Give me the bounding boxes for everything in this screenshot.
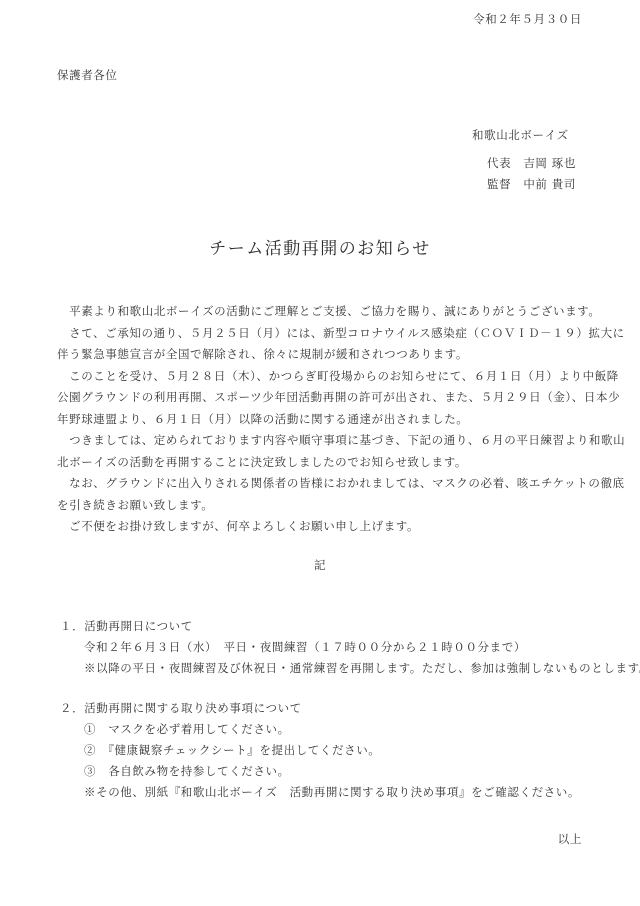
body-line: を引き続きお願い致します。 — [57, 498, 213, 512]
signatory-role: 代表 — [487, 156, 511, 170]
body-line: 平素より和歌山北ボーイズの活動にご理解とご支援、ご協力を賜り、誠にありがとうござ… — [57, 304, 600, 318]
item-line: 令和２年６月３日（水） 平日・夜間練習（１７時００分から２１時００分まで） — [84, 640, 526, 654]
item-line: ※その他、別紙『和歌山北ボーイズ 活動再開に関する取り決め事項』をご確認ください… — [84, 785, 580, 799]
body-line: 北ボーイズの活動を再開することに決定致しましたのでお知らせ致します。 — [57, 455, 467, 469]
item-line: ③ 各自飲み物を持参してください。 — [84, 764, 290, 778]
body-line: つきましては、定められております内容や順守事項に基づき、下記の通り、６月の平日練… — [57, 433, 625, 447]
item-line: ② 『健康観察チェックシート』を提出してください。 — [84, 743, 380, 757]
body-line: なお、グラウンドに出入りされる関係者の皆様におかれましては、マスクの必着、咳エチ… — [57, 476, 625, 490]
organization-name: 和歌山北ボーイズ — [472, 128, 569, 142]
ki-marker: 記 — [0, 558, 640, 572]
signatory-manager: 監督 中前 貴司 — [487, 177, 576, 191]
closing-mark: 以上 — [558, 832, 582, 846]
body-line: さて、ご承知の通り、５月２５日（月）には、新型コロナウイルス感染症（ＣＯＶＩＤ－… — [57, 326, 625, 340]
document-page: 令和２年５月３０日 保護者各位 和歌山北ボーイズ 代表 吉岡 琢也 監督 中前 … — [0, 0, 640, 906]
body-line: 公園グラウンドの利用再開、スポーツ少年団活動再開の許可が出され、また、５月２９日… — [57, 390, 620, 404]
item-line: ※以降の平日・夜間練習及び休祝日・通常練習を再開します。ただし、参加は強制しない… — [84, 661, 640, 675]
signatory-representative: 代表 吉岡 琢也 — [487, 156, 576, 170]
signatory-role: 監督 — [487, 177, 511, 191]
body-line: 年野球連盟より、６月１日（月）以降の活動に関する通達が出されました。 — [57, 412, 468, 426]
body-line: このことを受け、５月２８日（木）、かつらぎ町役場からのお知らせにて、６月１日（月… — [57, 369, 619, 383]
item-heading: ２．活動再開に関する取り決め事項について — [60, 701, 302, 715]
signatory-name: 中前 貴司 — [523, 177, 576, 191]
item-heading: １．活動再開日について — [60, 619, 193, 633]
document-date: 令和２年５月３０日 — [473, 12, 582, 26]
body-line: ご不便をお掛け致しますが、何卒よろしくお願い申し上げます。 — [57, 519, 419, 533]
addressee: 保護者各位 — [57, 68, 118, 82]
document-title: チーム活動再開のお知らせ — [0, 238, 640, 260]
body-line: 伴う緊急事態宣言が全国で解除され、徐々に規制が緩和されつつあります。 — [57, 347, 468, 361]
item-line: ① マスクを必ず着用してください。 — [84, 722, 290, 736]
signatory-name: 吉岡 琢也 — [523, 156, 576, 170]
